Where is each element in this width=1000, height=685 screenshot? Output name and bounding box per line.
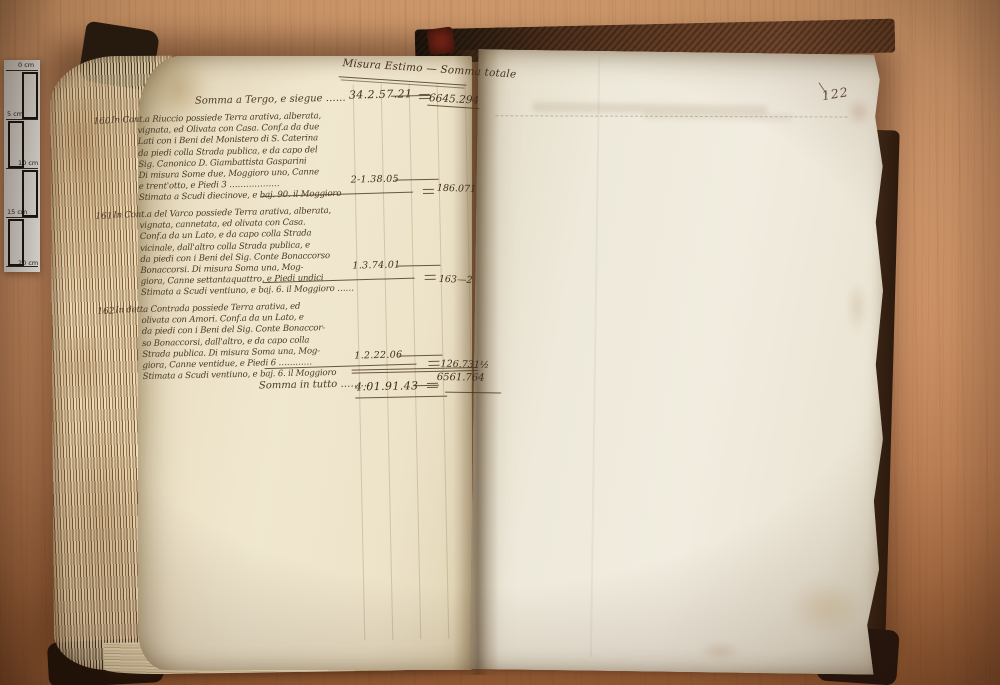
ditto-mark bbox=[428, 361, 439, 366]
entry-measure: 2-1.38.05 bbox=[351, 174, 399, 186]
entry-number: 162 bbox=[97, 307, 114, 317]
folio-number: 122 bbox=[821, 84, 850, 103]
entry-total: 186.071 bbox=[437, 183, 477, 195]
ruler-tick bbox=[6, 119, 38, 120]
entry-measure: 1.2.22.06 bbox=[354, 350, 402, 362]
column-rule-line bbox=[381, 84, 394, 640]
entry-text: In Cont.a Riuccio possiede Terra arativa… bbox=[111, 110, 365, 205]
carry-forward-measure: 34.2.57.21 bbox=[349, 87, 413, 101]
page-stain bbox=[148, 56, 208, 122]
ruler-tick bbox=[6, 217, 38, 218]
manuscript-text-layer: Misura Estimo — Somma totale Somma a Ter… bbox=[90, 48, 485, 670]
entry-total: 163—2 bbox=[439, 274, 473, 286]
ruler-label-10cm: 10 cm bbox=[18, 160, 38, 167]
entry-number: 161 bbox=[95, 212, 112, 222]
leader-line bbox=[396, 265, 440, 267]
ruler-label-5cm: 5 cm bbox=[7, 111, 23, 118]
ruler-label-15cm: 15 cm bbox=[7, 209, 27, 216]
page-stain bbox=[58, 330, 108, 402]
entry-text: In detta Contrada possiede Terra arativa… bbox=[115, 300, 369, 384]
entry-text: In Cont.a del Varco possiede Terra arati… bbox=[113, 205, 367, 300]
page-stain bbox=[788, 578, 864, 638]
page-stain bbox=[846, 280, 868, 334]
ink-show-through bbox=[642, 111, 792, 121]
page-crease bbox=[590, 57, 600, 657]
ditto-mark bbox=[425, 275, 436, 280]
total-rule-bottom bbox=[355, 396, 447, 399]
page-stain bbox=[846, 98, 872, 126]
page-stain bbox=[56, 92, 102, 180]
photographic-scale-ruler: 0 cm 5 cm 10 cm 15 cm 20 cm bbox=[4, 60, 40, 272]
page-stain bbox=[698, 642, 742, 660]
entry-measure: 1.3.74.01 bbox=[352, 260, 400, 272]
grand-total-label: Somma in tutto ……… bbox=[259, 378, 371, 391]
ditto-mark bbox=[423, 189, 434, 194]
ruler-tick bbox=[6, 70, 38, 71]
ruler-label-0cm: 0 cm bbox=[18, 62, 34, 69]
leader-line bbox=[398, 355, 442, 357]
ruler-segment bbox=[22, 72, 38, 119]
column-rule-line bbox=[409, 83, 422, 639]
carry-forward-label: Somma a Tergo, e siegue …… bbox=[195, 93, 346, 107]
grand-total-measure: 4.01.91.43 bbox=[355, 379, 419, 393]
ruler-tick bbox=[6, 168, 38, 169]
ruler-label-20cm: 20 cm bbox=[18, 260, 38, 267]
leader-line bbox=[395, 179, 439, 181]
ditto-mark bbox=[427, 383, 438, 388]
